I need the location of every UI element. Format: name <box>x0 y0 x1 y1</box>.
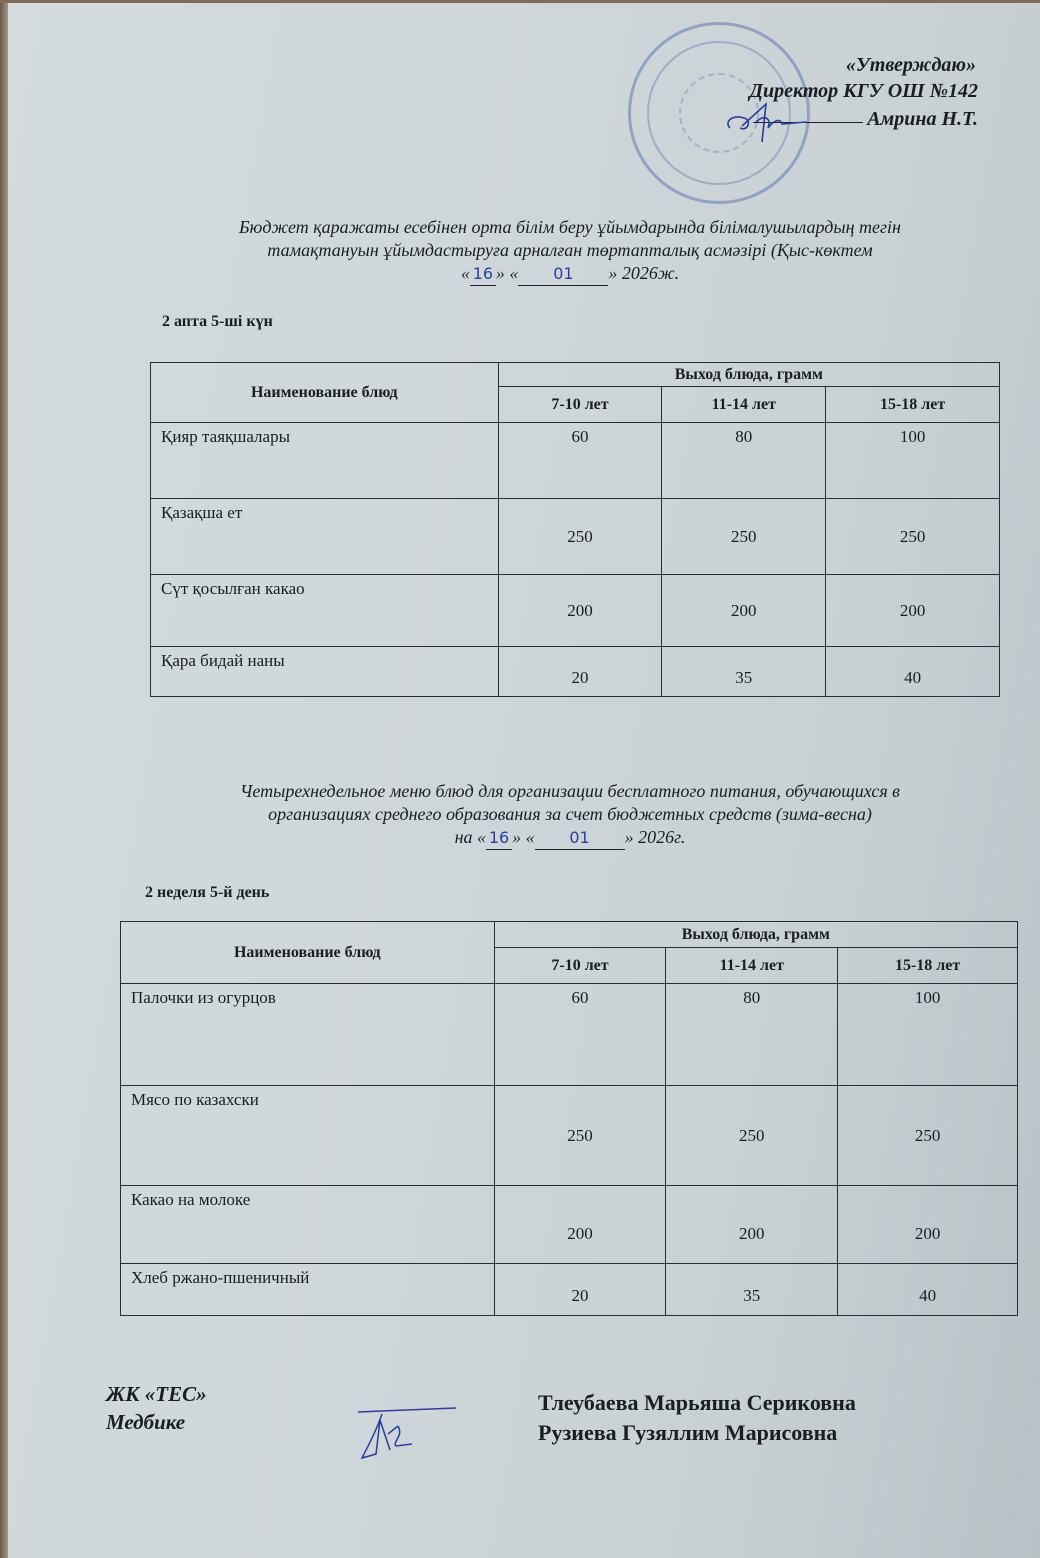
portion-value: 20 <box>498 647 662 697</box>
table-row: Қара бидай наны 20 35 40 <box>151 647 1000 697</box>
col-header-name: Наименование блюд <box>151 363 499 423</box>
portion-value: 250 <box>838 1086 1018 1186</box>
portion-value: 250 <box>494 1086 666 1186</box>
ru-date-line: на «16» «01» 2026г. <box>115 826 1025 850</box>
portion-value: 40 <box>838 1264 1018 1316</box>
col-header-age: 11-14 лет <box>666 948 838 984</box>
dish-name: Палочки из огурцов <box>121 984 495 1086</box>
portion-value: 100 <box>838 984 1018 1086</box>
portion-value: 250 <box>498 499 662 575</box>
portion-value: 60 <box>498 423 662 499</box>
desk-edge <box>0 0 8 1558</box>
portion-value: 35 <box>662 647 826 697</box>
portion-value: 250 <box>662 499 826 575</box>
ru-day-label: 2 неделя 5-й день <box>145 884 269 902</box>
footer-org-block: ЖК «ТЕС» Медбике <box>106 1380 207 1436</box>
ru-date-day: 16 <box>486 826 512 850</box>
dish-name: Қияр таяқшалары <box>151 423 499 499</box>
ru-menu-table: Наименование блюд Выход блюда, грамм 7-1… <box>120 921 1018 1316</box>
kz-menu-title: Бюджет қаражаты есебінен орта білім беру… <box>120 216 1020 286</box>
kz-date-line: «16» «01» 2026ж. <box>120 262 1020 286</box>
footer-org: ЖК «ТЕС» <box>106 1380 207 1408</box>
dish-name: Қара бидай наны <box>151 647 499 697</box>
portion-value: 250 <box>826 499 1000 575</box>
dish-name: Какао на молоке <box>121 1186 495 1264</box>
col-header-group: Выход блюда, грамм <box>498 363 999 387</box>
kz-day-label: 2 апта 5-ші күн <box>162 313 273 331</box>
dish-name: Қазақша ет <box>151 499 499 575</box>
table-row: Палочки из огурцов 60 80 100 <box>121 984 1018 1086</box>
desk-edge-top <box>0 0 1040 3</box>
table-row: Какао на молоке 200 200 200 <box>121 1186 1018 1264</box>
portion-value: 200 <box>666 1186 838 1264</box>
footer-persons: Тлеубаева Марьяша Сериковна Рузиева Гузя… <box>538 1388 856 1448</box>
kz-menu-table: Наименование блюд Выход блюда, грамм 7-1… <box>150 362 1000 697</box>
col-header-name: Наименование блюд <box>121 922 495 984</box>
dish-name: Мясо по казахски <box>121 1086 495 1186</box>
portion-value: 20 <box>494 1264 666 1316</box>
portion-value: 100 <box>826 423 1000 499</box>
kz-title-line1: Бюджет қаражаты есебінен орта білім беру… <box>120 216 1020 239</box>
footer-role: Медбике <box>106 1408 207 1436</box>
portion-value: 200 <box>826 575 1000 647</box>
portion-value: 200 <box>494 1186 666 1264</box>
portion-value: 200 <box>498 575 662 647</box>
table-row: Сүт қосылған какао 200 200 200 <box>151 575 1000 647</box>
dish-name: Хлеб ржано-пшеничный <box>121 1264 495 1316</box>
ru-title-line1: Четырехнедельное меню блюд для организац… <box>115 780 1025 803</box>
dish-name: Сүт қосылған какао <box>151 575 499 647</box>
approver-name: Амрина Н.Т. <box>867 108 978 130</box>
col-header-group: Выход блюда, грамм <box>494 922 1017 948</box>
medic-signature-icon <box>352 1406 462 1464</box>
table-row: Қазақша ет 250 250 250 <box>151 499 1000 575</box>
director-signature-icon <box>722 98 812 148</box>
portion-value: 200 <box>662 575 826 647</box>
ru-date-month: 01 <box>535 826 625 850</box>
col-header-age: 7-10 лет <box>494 948 666 984</box>
table-row: Мясо по казахски 250 250 250 <box>121 1086 1018 1186</box>
col-header-age: 11-14 лет <box>662 387 826 423</box>
portion-value: 250 <box>666 1086 838 1186</box>
portion-value: 200 <box>838 1186 1018 1264</box>
portion-value: 80 <box>662 423 826 499</box>
footer-person-2: Рузиева Гузяллим Марисовна <box>538 1418 856 1448</box>
kz-date-month: 01 <box>518 262 608 286</box>
portion-value: 80 <box>666 984 838 1086</box>
table-row: Қияр таяқшалары 60 80 100 <box>151 423 1000 499</box>
col-header-age: 15-18 лет <box>826 387 1000 423</box>
portion-value: 60 <box>494 984 666 1086</box>
col-header-age: 7-10 лет <box>498 387 662 423</box>
table-row: Хлеб ржано-пшеничный 20 35 40 <box>121 1264 1018 1316</box>
kz-title-line2: тамақтануын ұйымдастыруға арналған төрта… <box>120 239 1020 262</box>
ru-menu-title: Четырехнедельное меню блюд для организац… <box>115 780 1025 850</box>
kz-date-day: 16 <box>470 262 496 286</box>
portion-value: 40 <box>826 647 1000 697</box>
ru-title-line2: организациях среднего образования за сче… <box>115 803 1025 826</box>
col-header-age: 15-18 лет <box>838 948 1018 984</box>
footer-person-1: Тлеубаева Марьяша Сериковна <box>538 1388 856 1418</box>
portion-value: 35 <box>666 1264 838 1316</box>
approve-label: «Утверждаю» <box>749 52 976 78</box>
